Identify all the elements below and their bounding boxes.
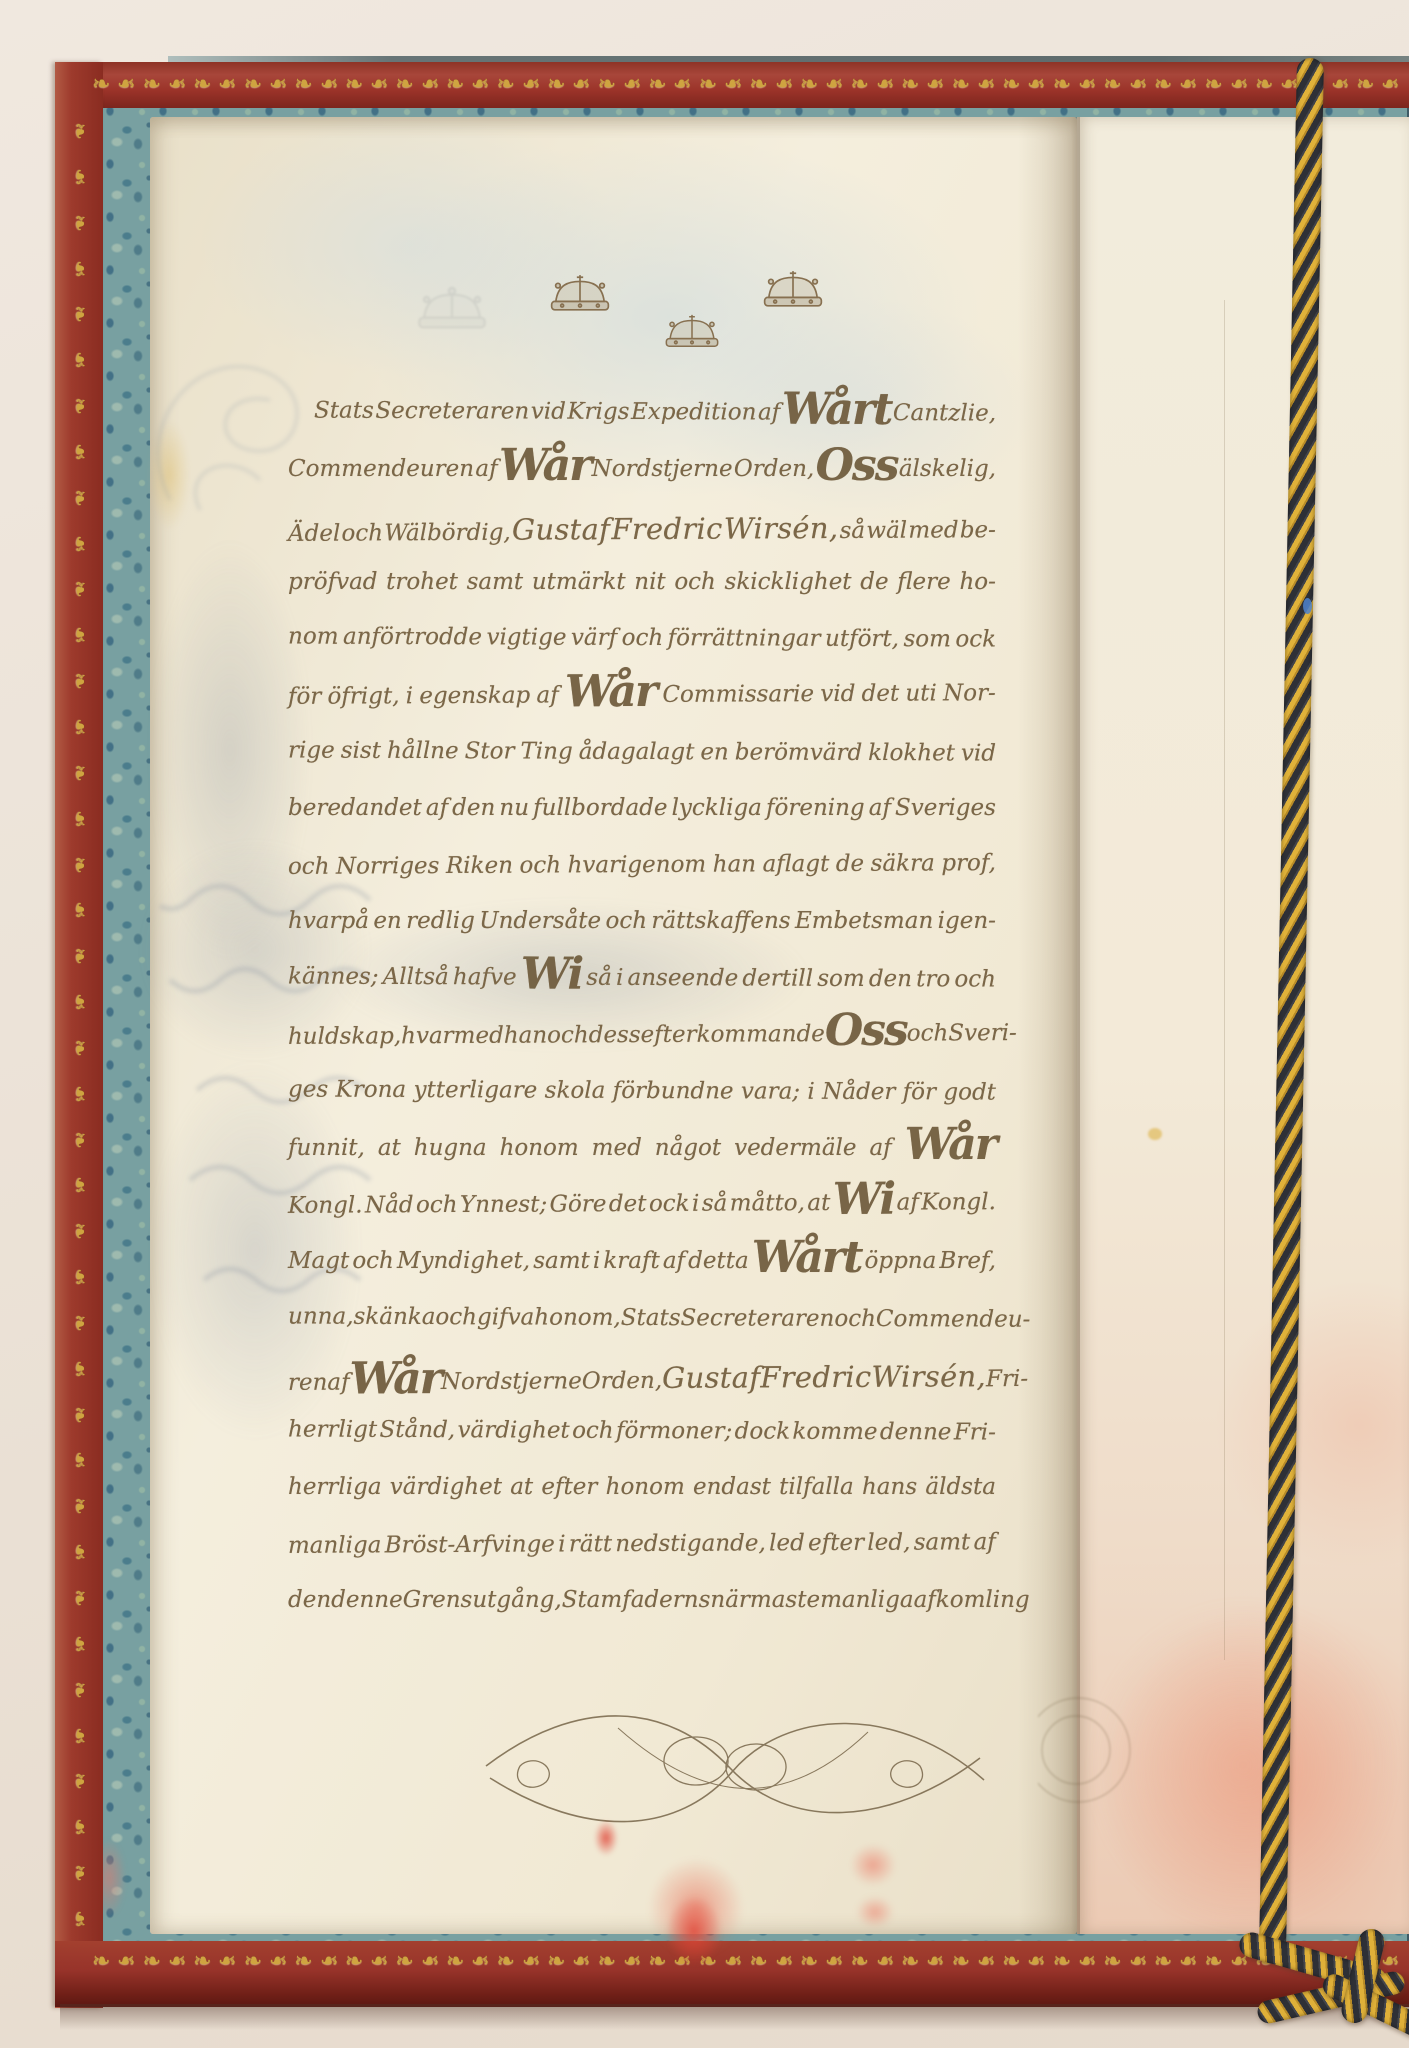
gold-tooling-glyph: ❧ bbox=[66, 1492, 94, 1520]
gold-tooling-glyph: ❧ bbox=[421, 1949, 439, 1976]
word: förening bbox=[766, 795, 865, 821]
word: Fri- bbox=[986, 1366, 1028, 1392]
pink-staining bbox=[1088, 1600, 1398, 1930]
gold-tooling-glyph: ❧ bbox=[901, 1949, 919, 1976]
word: Cantzlie, bbox=[893, 400, 996, 426]
gold-tooling-glyph: ❧ bbox=[724, 72, 742, 99]
word: Secreteraren bbox=[375, 398, 529, 425]
gold-tooling-glyph: ❧ bbox=[800, 72, 818, 99]
word: ges bbox=[288, 1077, 328, 1103]
gold-tooling-glyph: ❧ bbox=[66, 163, 94, 191]
word: öppna bbox=[865, 1248, 937, 1274]
gold-tooling-glyph: ❧ bbox=[66, 117, 94, 145]
word: i bbox=[406, 683, 413, 709]
word: och bbox=[907, 1020, 949, 1046]
word: anseende bbox=[627, 965, 738, 991]
word: som bbox=[817, 966, 865, 992]
word: tilfalla bbox=[779, 1474, 854, 1500]
word: egenskap bbox=[419, 683, 530, 710]
gold-tooling-glyph: ❧ bbox=[66, 988, 94, 1016]
gold-tooling-glyph: ❧ bbox=[952, 72, 970, 99]
word: led bbox=[769, 1530, 805, 1556]
word: vid bbox=[531, 399, 566, 425]
word: något bbox=[655, 1135, 721, 1161]
word: så bbox=[702, 1191, 728, 1217]
gold-tooling-glyph: ❧ bbox=[269, 72, 287, 99]
word: herrliga bbox=[288, 1474, 382, 1500]
word: Embetsman bbox=[795, 908, 933, 934]
word: hållne bbox=[387, 737, 459, 763]
word: af bbox=[869, 1135, 891, 1161]
word: och bbox=[547, 1022, 589, 1048]
word: som bbox=[903, 627, 951, 653]
gold-tooling-glyph: ❧ bbox=[497, 1949, 515, 1976]
gold-tooling-glyph: ❧ bbox=[1331, 72, 1349, 99]
word: och bbox=[834, 1305, 876, 1331]
word: Alltså bbox=[383, 964, 449, 990]
word: utmärkt bbox=[532, 569, 626, 595]
word: efter bbox=[808, 1530, 864, 1556]
word: vid bbox=[820, 681, 855, 707]
word: en bbox=[700, 739, 729, 765]
word: Expedition bbox=[631, 399, 757, 426]
gold-tooling-glyph: ❧ bbox=[1356, 72, 1374, 99]
word: dertill bbox=[742, 965, 813, 991]
gold-tooling-glyph: ❧ bbox=[876, 72, 894, 99]
word: ren bbox=[288, 1370, 328, 1396]
word: hvarpå bbox=[288, 908, 369, 934]
word: utgång, bbox=[472, 1587, 561, 1613]
gold-tooling-glyph: ❧ bbox=[1179, 72, 1197, 99]
word: Commissarie bbox=[662, 681, 814, 708]
gold-tooling-glyph: ❧ bbox=[775, 1949, 793, 1976]
word: Krigs bbox=[567, 399, 629, 425]
word: anförtrodde bbox=[343, 624, 482, 651]
gold-tooling-glyph: ❧ bbox=[749, 72, 767, 99]
gold-tooling-glyph: ❧ bbox=[952, 1949, 970, 1976]
gold-tooling-glyph: ❧ bbox=[66, 530, 94, 558]
word: hvarigenom bbox=[567, 851, 706, 878]
word: pröfvad bbox=[288, 569, 378, 595]
gold-tooling-glyph: ❧ bbox=[547, 72, 565, 99]
word: rätt bbox=[569, 1531, 612, 1557]
gold-tooling-glyph: ❧ bbox=[66, 1767, 94, 1795]
word: den bbox=[452, 795, 495, 821]
word: led, bbox=[867, 1529, 910, 1555]
gold-tooling-glyph: ❧ bbox=[66, 1813, 94, 1841]
word: trohet bbox=[386, 569, 458, 595]
word: måtto, bbox=[730, 1190, 805, 1216]
word: och bbox=[352, 1248, 394, 1274]
gold-tooling-glyph: ❧ bbox=[66, 392, 94, 420]
name-word: Wirsén, bbox=[724, 511, 839, 546]
word: Fri- bbox=[954, 1419, 996, 1445]
word: komme bbox=[792, 1418, 877, 1444]
word: afkomling bbox=[914, 1587, 1030, 1613]
gold-tooling-glyph: ❧ bbox=[370, 72, 388, 99]
word: Krona bbox=[336, 1077, 407, 1103]
gold-tooling-glyph: ❧ bbox=[168, 72, 186, 99]
word: äldsta bbox=[925, 1474, 996, 1500]
gold-tooling-glyph: ❧ bbox=[320, 1949, 338, 1976]
gold-tooling-glyph: ❧ bbox=[522, 1949, 540, 1976]
word: funnit, bbox=[288, 1135, 365, 1161]
gold-tooling-glyph: ❧ bbox=[598, 1949, 616, 1976]
word: aflagt bbox=[762, 851, 829, 877]
word: värdighet bbox=[390, 1474, 502, 1500]
word: af bbox=[897, 1190, 919, 1216]
name-word: Gustaf bbox=[512, 512, 610, 547]
gold-tooling-glyph: ❧ bbox=[1129, 72, 1147, 99]
book-drop-shadow bbox=[60, 2004, 1409, 2030]
gold-tooling-glyph: ❧ bbox=[66, 667, 94, 695]
word: herrligt bbox=[288, 1416, 377, 1442]
calligraphic-flourish bbox=[468, 1688, 998, 1848]
gold-tooling-glyph: ❧ bbox=[421, 72, 439, 99]
gold-tooling-glyph: ❧ bbox=[1255, 72, 1273, 99]
gold-tooling-glyph: ❧ bbox=[269, 1949, 287, 1976]
gold-tooling-top: ❧❧❧❧❧❧❧❧❧❧❧❧❧❧❧❧❧❧❧❧❧❧❧❧❧❧❧❧❧❧❧❧❧❧❧❧❧❧❧❧… bbox=[92, 72, 1400, 99]
gold-tooling-glyph: ❧ bbox=[497, 72, 515, 99]
word: Göre bbox=[550, 1191, 607, 1217]
gold-tooling-glyph: ❧ bbox=[66, 1538, 94, 1566]
word: och bbox=[435, 1304, 477, 1330]
gold-tooling-glyph: ❧ bbox=[699, 72, 717, 99]
word: Sveri- bbox=[948, 1020, 1017, 1046]
word: nom bbox=[288, 624, 339, 650]
gold-tooling-glyph: ❧ bbox=[471, 72, 489, 99]
gold-tooling-glyph: ❧ bbox=[1002, 72, 1020, 99]
gold-tooling-glyph: ❧ bbox=[66, 1584, 94, 1612]
gold-tooling-glyph: ❧ bbox=[66, 1446, 94, 1474]
word: lyckliga bbox=[672, 795, 762, 821]
word: Nor- bbox=[943, 680, 996, 706]
crown-icon bbox=[545, 272, 615, 314]
manuscript-line: manligaBröst-Arfvingeirättnedstigande,le… bbox=[288, 1529, 996, 1589]
gold-tooling-glyph: ❧ bbox=[446, 1949, 464, 1976]
word: huldskap, bbox=[288, 1023, 401, 1050]
word: godt bbox=[943, 1079, 996, 1105]
word: berömvärd bbox=[735, 739, 863, 766]
gold-tooling-glyph: ❧ bbox=[800, 1949, 818, 1976]
gold-tooling-glyph: ❧ bbox=[66, 896, 94, 924]
manuscript-line: CommendeurenafWårNordstjerneOrden,Ossäls… bbox=[288, 456, 996, 513]
gold-tooling-glyph: ❧ bbox=[66, 438, 94, 466]
word: och bbox=[341, 521, 383, 547]
gold-tooling-left: ❧❧❧❧❧❧❧❧❧❧❧❧❧❧❧❧❧❧❧❧❧❧❧❧❧❧❧❧❧❧❧❧❧❧❧❧❧❧❧❧ bbox=[66, 110, 94, 1940]
gold-tooling-glyph: ❧ bbox=[370, 1949, 388, 1976]
gold-tooling-glyph: ❧ bbox=[446, 72, 464, 99]
gold-tooling-glyph: ❧ bbox=[218, 72, 236, 99]
gold-tooling-glyph: ❧ bbox=[825, 1949, 843, 1976]
word: i bbox=[807, 1079, 814, 1105]
word: uti bbox=[905, 680, 937, 706]
word: hvarmed bbox=[401, 1022, 504, 1049]
word: vara; bbox=[741, 1079, 800, 1105]
gold-tooling-glyph: ❧ bbox=[977, 72, 995, 99]
manuscript-text: StatsSecreterarenvidKrigsExpeditionafWår… bbox=[288, 399, 996, 1644]
gold-tooling-glyph: ❧ bbox=[143, 72, 161, 99]
word: Stånd, bbox=[380, 1417, 456, 1443]
gold-tooling-glyph: ❧ bbox=[673, 72, 691, 99]
red-stain bbox=[856, 1896, 894, 1928]
word: kännes; bbox=[288, 963, 379, 989]
word: ock bbox=[955, 627, 996, 653]
word: ho- bbox=[959, 569, 995, 595]
gold-tooling-glyph: ❧ bbox=[66, 484, 94, 512]
word: honom, bbox=[534, 1304, 621, 1330]
gold-tooling-glyph: ❧ bbox=[66, 1401, 94, 1429]
word: Kongl. bbox=[921, 1189, 996, 1215]
gold-tooling-glyph: ❧ bbox=[623, 72, 641, 99]
manuscript-line: ochNorrigesRikenochhvarigenomhanaflagtde… bbox=[288, 850, 996, 910]
gutter-shadow bbox=[1018, 117, 1080, 1934]
gold-tooling-glyph: ❧ bbox=[66, 1171, 94, 1199]
gold-tooling-glyph: ❧ bbox=[66, 209, 94, 237]
word: dess bbox=[589, 1022, 641, 1048]
gold-tooling-glyph: ❧ bbox=[1204, 1949, 1222, 1976]
gold-tooling-glyph: ❧ bbox=[66, 1355, 94, 1383]
word: Riken bbox=[446, 852, 513, 878]
manuscript-line: MagtochMyndighet,samtikraftafdettaWårtöp… bbox=[288, 1248, 996, 1305]
word: och bbox=[519, 852, 561, 878]
manuscript-line: rigesisthållneStorTingådagalagtenberömvä… bbox=[288, 737, 996, 797]
gold-tooling-glyph: ❧ bbox=[345, 72, 363, 99]
name-word: Gustaf bbox=[662, 1360, 760, 1395]
word: samt bbox=[467, 569, 524, 595]
word: Orden, bbox=[734, 456, 814, 482]
inner-leaf-edge bbox=[1224, 300, 1225, 1660]
word: Undersåte bbox=[479, 908, 601, 934]
red-stain bbox=[594, 1820, 618, 1856]
word: i bbox=[593, 1248, 600, 1274]
word: skänka bbox=[353, 1303, 435, 1329]
gold-tooling-glyph: ❧ bbox=[66, 1263, 94, 1291]
word: för bbox=[288, 684, 321, 710]
gold-tooling-glyph: ❧ bbox=[825, 72, 843, 99]
word: en bbox=[373, 908, 401, 934]
gold-tooling-glyph: ❧ bbox=[66, 1905, 94, 1933]
word: klokhet bbox=[868, 740, 955, 766]
word: honom bbox=[500, 1135, 579, 1161]
manuscript-line: pröfvadtrohetsamtutmärktnitochskicklighe… bbox=[288, 569, 996, 626]
gold-tooling-glyph: ❧ bbox=[775, 72, 793, 99]
word: Stamfaderns bbox=[562, 1587, 711, 1613]
word: ock bbox=[649, 1191, 690, 1217]
word: af bbox=[426, 795, 448, 821]
gold-tooling-glyph: ❧ bbox=[244, 1949, 262, 1976]
word: igen- bbox=[938, 908, 996, 934]
gold-tooling-glyph: ❧ bbox=[850, 1949, 868, 1976]
word: beredandet bbox=[288, 795, 422, 821]
photo-of-bound-manuscript: ❧❧❧❧❧❧❧❧❧❧❧❧❧❧❧❧❧❧❧❧❧❧❧❧❧❧❧❧❧❧❧❧❧❧❧❧❧❧❧❧… bbox=[0, 0, 1409, 2048]
gold-tooling-glyph: ❧ bbox=[395, 72, 413, 99]
word: älskelig, bbox=[899, 456, 996, 482]
word: af bbox=[869, 795, 891, 821]
word: han bbox=[713, 851, 756, 877]
word: Orden, bbox=[582, 1368, 662, 1394]
word: af bbox=[475, 456, 497, 482]
word: vedermäle bbox=[734, 1135, 856, 1161]
word: han bbox=[504, 1022, 547, 1048]
word: prof, bbox=[941, 850, 996, 876]
gold-tooling-glyph: ❧ bbox=[320, 72, 338, 99]
gold-tooling-glyph: ❧ bbox=[1154, 72, 1172, 99]
gold-tooling-glyph: ❧ bbox=[66, 575, 94, 603]
gold-tooling-glyph: ❧ bbox=[926, 72, 944, 99]
word: värdighet bbox=[457, 1417, 569, 1443]
manuscript-line: huldskap,hvarmedhanochdessefterkommandeO… bbox=[288, 1020, 996, 1080]
gold-tooling-glyph: ❧ bbox=[66, 255, 94, 283]
word: honom bbox=[606, 1474, 685, 1500]
gold-tooling-glyph: ❧ bbox=[395, 1949, 413, 1976]
word: Commendeu- bbox=[876, 1306, 1031, 1333]
gold-tooling-glyph: ❧ bbox=[143, 1949, 161, 1976]
word: säkra bbox=[871, 850, 935, 876]
gold-tooling-glyph: ❧ bbox=[66, 759, 94, 787]
gold-tooling-glyph: ❧ bbox=[1103, 72, 1121, 99]
gold-tooling-glyph: ❧ bbox=[648, 72, 666, 99]
gold-tooling-glyph: ❧ bbox=[294, 72, 312, 99]
gold-tooling-glyph: ❧ bbox=[547, 1949, 565, 1976]
gold-tooling-glyph: ❧ bbox=[926, 1949, 944, 1976]
word: och bbox=[622, 625, 664, 651]
word: at bbox=[807, 1190, 830, 1216]
gold-tooling-glyph: ❧ bbox=[168, 1949, 186, 1976]
gold-tooling-glyph: ❧ bbox=[66, 1676, 94, 1704]
word: Grens bbox=[403, 1587, 473, 1613]
word: värf bbox=[571, 625, 617, 651]
word: med bbox=[908, 518, 958, 544]
word: at bbox=[378, 1135, 401, 1161]
word: Commendeuren bbox=[288, 456, 474, 482]
foxing-dot bbox=[1148, 1128, 1162, 1140]
word: utfört, bbox=[825, 626, 899, 652]
red-stain bbox=[666, 1896, 722, 1966]
gold-tooling-glyph: ❧ bbox=[66, 1859, 94, 1887]
gold-tooling-glyph: ❧ bbox=[66, 1217, 94, 1245]
word: af bbox=[973, 1529, 995, 1555]
word: dock bbox=[735, 1418, 791, 1444]
word: det bbox=[862, 681, 900, 707]
word: af bbox=[536, 682, 558, 708]
word: be- bbox=[960, 517, 996, 543]
word: så bbox=[586, 965, 612, 991]
gold-tooling-glyph: ❧ bbox=[1053, 1949, 1071, 1976]
gold-tooling-glyph: ❧ bbox=[1129, 1949, 1147, 1976]
word: Stats bbox=[621, 1304, 681, 1330]
word: vid bbox=[961, 740, 996, 766]
word: af bbox=[758, 400, 780, 426]
gold-tooling-bottom: ❧❧❧❧❧❧❧❧❧❧❧❧❧❧❧❧❧❧❧❧❧❧❧❧❧❧❧❧❧❧❧❧❧❧❧❧❧❧❧❧… bbox=[92, 1949, 1400, 1976]
word: fullbordade bbox=[533, 795, 667, 821]
red-stain bbox=[850, 1844, 896, 1886]
word: samt bbox=[914, 1529, 971, 1555]
word: unna, bbox=[288, 1303, 354, 1329]
manuscript-line: renafWårNordstjerneOrden,GustafFredricWi… bbox=[288, 1359, 996, 1419]
gold-tooling-glyph: ❧ bbox=[66, 300, 94, 328]
word: nit bbox=[634, 569, 665, 595]
word: manliga bbox=[288, 1532, 382, 1558]
word: och bbox=[954, 966, 996, 992]
manuscript-line: gesKronaytterligareskolaförbundnevara;iN… bbox=[288, 1077, 996, 1137]
word: skola bbox=[545, 1078, 606, 1104]
word: och bbox=[288, 853, 330, 879]
gold-tooling-glyph: ❧ bbox=[1078, 72, 1096, 99]
watermark-crown-icon bbox=[412, 282, 492, 334]
word: Nåder bbox=[822, 1079, 895, 1105]
word: rige bbox=[288, 737, 335, 763]
word: i bbox=[616, 965, 623, 991]
gold-tooling-glyph: ❧ bbox=[193, 1949, 211, 1976]
word: samt bbox=[533, 1248, 590, 1274]
gold-tooling-glyph: ❧ bbox=[1078, 1949, 1096, 1976]
gold-tooling-glyph: ❧ bbox=[1204, 72, 1222, 99]
word: at bbox=[510, 1474, 533, 1500]
word: nedstigande, bbox=[615, 1530, 766, 1557]
word: de bbox=[860, 569, 888, 595]
gold-tooling-glyph: ❧ bbox=[749, 1949, 767, 1976]
gold-tooling-glyph: ❧ bbox=[244, 72, 262, 99]
word: närmaste bbox=[710, 1587, 820, 1613]
word: denne bbox=[880, 1419, 952, 1445]
gold-tooling-glyph: ❧ bbox=[66, 805, 94, 833]
word: öfrigt, bbox=[327, 683, 399, 709]
gold-tooling-glyph: ❧ bbox=[294, 1949, 312, 1976]
word: hans bbox=[862, 1474, 917, 1500]
crown-icon bbox=[660, 312, 724, 350]
gold-tooling-glyph: ❧ bbox=[66, 1630, 94, 1658]
gold-tooling-glyph: ❧ bbox=[193, 72, 211, 99]
word: och bbox=[572, 1417, 614, 1443]
gold-tooling-glyph: ❧ bbox=[1154, 1949, 1172, 1976]
word: i bbox=[692, 1191, 699, 1217]
word: Bröst-Arfvinge bbox=[385, 1531, 555, 1558]
gold-tooling-glyph: ❧ bbox=[92, 72, 110, 99]
gold-tooling-glyph: ❧ bbox=[345, 1949, 363, 1976]
word: den bbox=[288, 1587, 331, 1613]
gold-tooling-glyph: ❧ bbox=[572, 1949, 590, 1976]
gold-tooling-glyph: ❧ bbox=[977, 1949, 995, 1976]
word: Norriges bbox=[336, 853, 440, 880]
gold-tooling-glyph: ❧ bbox=[1027, 1949, 1045, 1976]
word: Secreteraren bbox=[680, 1305, 834, 1332]
gold-tooling-glyph: ❧ bbox=[471, 1949, 489, 1976]
gold-tooling-glyph: ❧ bbox=[66, 1034, 94, 1062]
word: Nordstjerne bbox=[441, 1368, 582, 1395]
gold-tooling-glyph: ❧ bbox=[66, 851, 94, 879]
gold-tooling-glyph: ❧ bbox=[1103, 1949, 1121, 1976]
name-word: Fredric bbox=[611, 512, 722, 547]
word: Bref, bbox=[939, 1248, 996, 1274]
gold-tooling-glyph: ❧ bbox=[901, 72, 919, 99]
gold-tooling-glyph: ❧ bbox=[572, 72, 590, 99]
word: hugna bbox=[414, 1135, 487, 1161]
gold-tooling-glyph: ❧ bbox=[623, 1949, 641, 1976]
word: Magt bbox=[288, 1248, 349, 1274]
word: rättskaffens bbox=[651, 908, 790, 934]
gold-tooling-glyph: ❧ bbox=[66, 942, 94, 970]
gold-tooling-glyph: ❧ bbox=[850, 72, 868, 99]
gold-tooling-glyph: ❧ bbox=[117, 1949, 135, 1976]
cord-blue-fleck bbox=[1303, 598, 1312, 614]
word: tro bbox=[916, 966, 950, 992]
gold-tooling-glyph: ❧ bbox=[598, 72, 616, 99]
word: gifva bbox=[477, 1304, 534, 1330]
word: förbundne bbox=[613, 1078, 734, 1105]
word: Ting bbox=[520, 738, 572, 764]
manuscript-line: dendenneGrensutgång,Stamfadernsnärmastem… bbox=[288, 1587, 996, 1644]
